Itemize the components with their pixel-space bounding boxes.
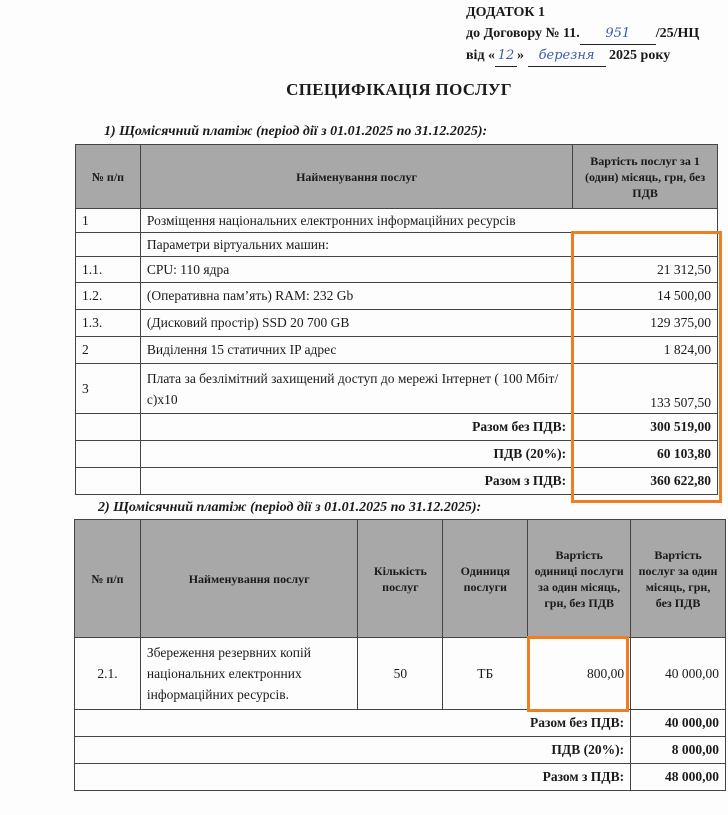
table-row: 2 Виділення 15 статичних IP адрес 1 824,… [76,337,718,364]
table-row: Параметри віртуальних машин: [76,233,718,257]
col-header-unit-price: Вартість одиниці послуги за один місяць,… [528,520,631,638]
vat-row: ПДВ (20%): 60 103,80 [76,441,718,468]
appendix-header: ДОДАТОК 1 до Договору № 11.951/25/НЦ від… [466,2,699,67]
col-header-no: № п/п [76,145,141,209]
table-row: 1.1. CPU: 110 ядра 21 312,50 [76,257,718,283]
contract-line: до Договору № 11.951/25/НЦ [466,23,699,45]
total-row: Разом без ПДВ: 300 519,00 [76,414,718,441]
grand-total-row: Разом з ПДВ: 48 000,00 [75,764,726,791]
section1-table: № п/п Найменування послуг Вартість послу… [75,144,718,495]
table-row: 2.1. Збереження резервних копій націонал… [75,638,726,710]
col-header-unit: Одиниця послуги [443,520,528,638]
section2-heading: 2) Щомісячний платіж (період дії з 01.01… [98,500,481,516]
day-handwritten: 12 [498,48,515,63]
table-row: 1 Розміщення національних електронних ін… [76,209,718,233]
col-header-no: № п/п [75,520,141,638]
col-header-total: Вартість послуг за один місяць, грн, без… [631,520,726,638]
col-header-name: Найменування послуг [140,520,358,638]
table-row: 1.2. (Оперативна пам’ять) RAM: 232 Gb 14… [76,283,718,310]
table-row: 1.3. (Дисковий простір) SSD 20 700 GB 12… [76,310,718,337]
date-line: від «12» березня 2025 року [466,45,699,67]
col-header-value: Вартість послуг за 1 (один) місяць, грн,… [573,145,718,209]
table-row: 3 Плата за безлімітний захищений доступ … [76,364,718,414]
month-handwritten: березня [539,48,595,63]
col-header-qty: Кількість послуг [358,520,443,638]
appendix-title: ДОДАТОК 1 [466,2,699,23]
page-title: СПЕЦИФІКАЦІЯ ПОСЛУГ [0,80,728,100]
section1-heading: 1) Щомісячний платіж (період дії з 01.01… [104,124,487,140]
section2-table: № п/п Найменування послуг Кількість посл… [74,519,726,791]
contract-number-handwritten: 951 [605,26,630,41]
grand-total-row: Разом з ПДВ: 360 622,80 [76,468,718,495]
col-header-name: Найменування послуг [140,145,572,209]
vat-row: ПДВ (20%): 8 000,00 [75,737,726,764]
total-row: Разом без ПДВ: 40 000,00 [75,710,726,737]
